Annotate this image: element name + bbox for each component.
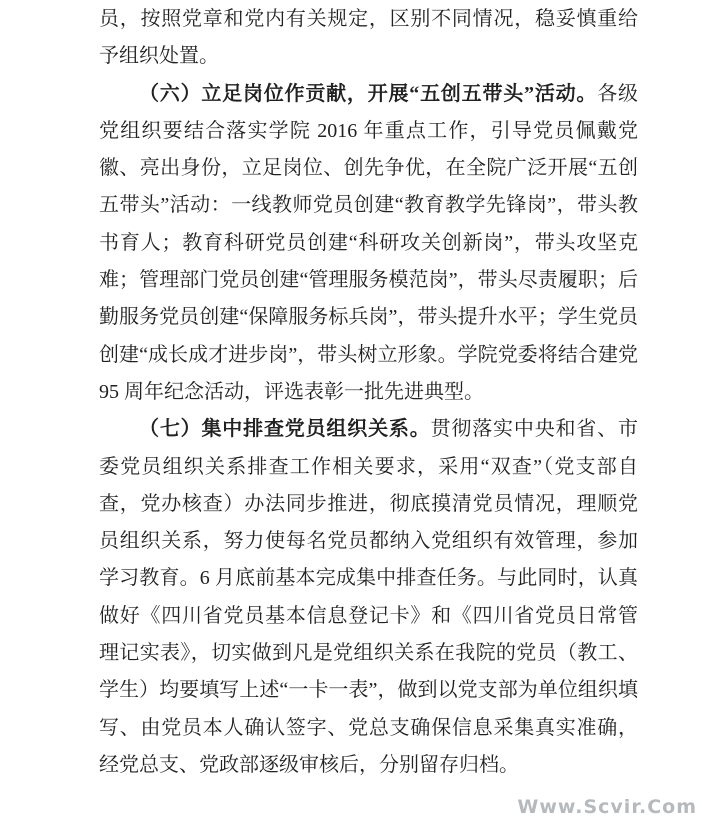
section-seven-heading: （七）集中排查党员组织关系。 xyxy=(139,418,431,440)
paragraph-continuation: 员，按照党章和党内有关规定，区别不同情况，稳妥慎重给予组织处置。 xyxy=(99,1,638,76)
paragraph-continuation-text: 员，按照党章和党内有关规定，区别不同情况，稳妥慎重给予组织处置。 xyxy=(99,8,638,67)
section-six-heading: （六）立足岗位作贡献，开展“五创五带头”活动。 xyxy=(139,83,597,105)
section-seven-body-text: 贯彻落实中央和省、市委党员组织关系排查工作相关要求，采用“双查”（党支部自查，党… xyxy=(99,418,638,776)
section-six-body-text: 各级党组织要结合落实学院 2016 年重点工作，引导党员佩戴党徽、亮出身份，立足… xyxy=(99,83,638,403)
site-watermark: Www.Scvir.Com xyxy=(517,798,697,817)
document-page: 员，按照党章和党内有关规定，区别不同情况，稳妥慎重给予组织处置。 （六）立足岗位… xyxy=(0,0,702,820)
paragraph-section-six: （六）立足岗位作贡献，开展“五创五带头”活动。各级党组织要结合落实学院 2016… xyxy=(99,76,638,412)
paragraph-section-seven: （七）集中排查党员组织关系。贯彻落实中央和省、市委党员组织关系排查工作相关要求，… xyxy=(99,411,638,784)
